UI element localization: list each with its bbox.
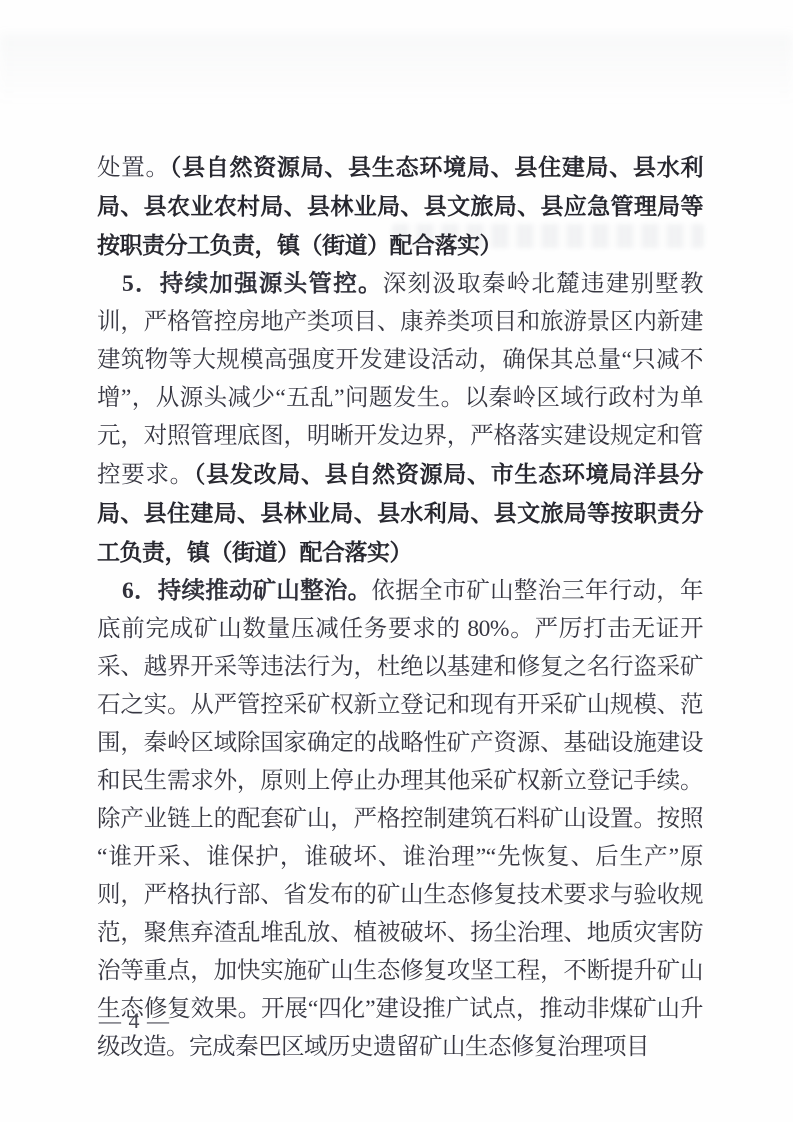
- paragraph-continuation-body-text: 处置。: [97, 155, 170, 181]
- paragraph-item-6-heading: 6．持续推动矿山整治。: [122, 578, 371, 604]
- paragraph-continuation: 处置。（县自然资源局、县生态环境局、县住建局、县水利局、县农业农村局、县林业局、…: [97, 148, 703, 265]
- paragraph-item-5-heading: 5．持续加强源头管控。: [122, 271, 383, 297]
- scan-bleed-artifact-top: [0, 34, 793, 106]
- document-body: 处置。（县自然资源局、县生态环境局、县住建局、县水利局、县农业农村局、县林业局、…: [97, 148, 703, 1066]
- paragraph-item-5: 5．持续加强源头管控。深刻汲取秦岭北麓违建别墅教训，严格管控房地产类项目、康养类…: [97, 265, 703, 572]
- paragraph-continuation-department-list: （县自然资源局、县生态环境局、县住建局、县水利局、县农业农村局、县林业局、县文旅…: [97, 154, 703, 258]
- page-number: — 4 —: [99, 1006, 170, 1036]
- document-page: 处置。（县自然资源局、县生态环境局、县住建局、县水利局、县农业农村局、县林业局、…: [0, 0, 793, 1122]
- paragraph-item-5-body-text: 深刻汲取秦岭北麓违建别墅教训，严格管控房地产类项目、康养类项目和旅游景区内新建建…: [97, 271, 703, 488]
- paragraph-item-6-body-text: 依据全市矿山整治三年行动，年底前完成矿山数量压减任务要求的 80%。严厉打击无证…: [97, 578, 703, 1060]
- paragraph-item-6: 6．持续推动矿山整治。依据全市矿山整治三年行动，年底前完成矿山数量压减任务要求的…: [97, 572, 703, 1066]
